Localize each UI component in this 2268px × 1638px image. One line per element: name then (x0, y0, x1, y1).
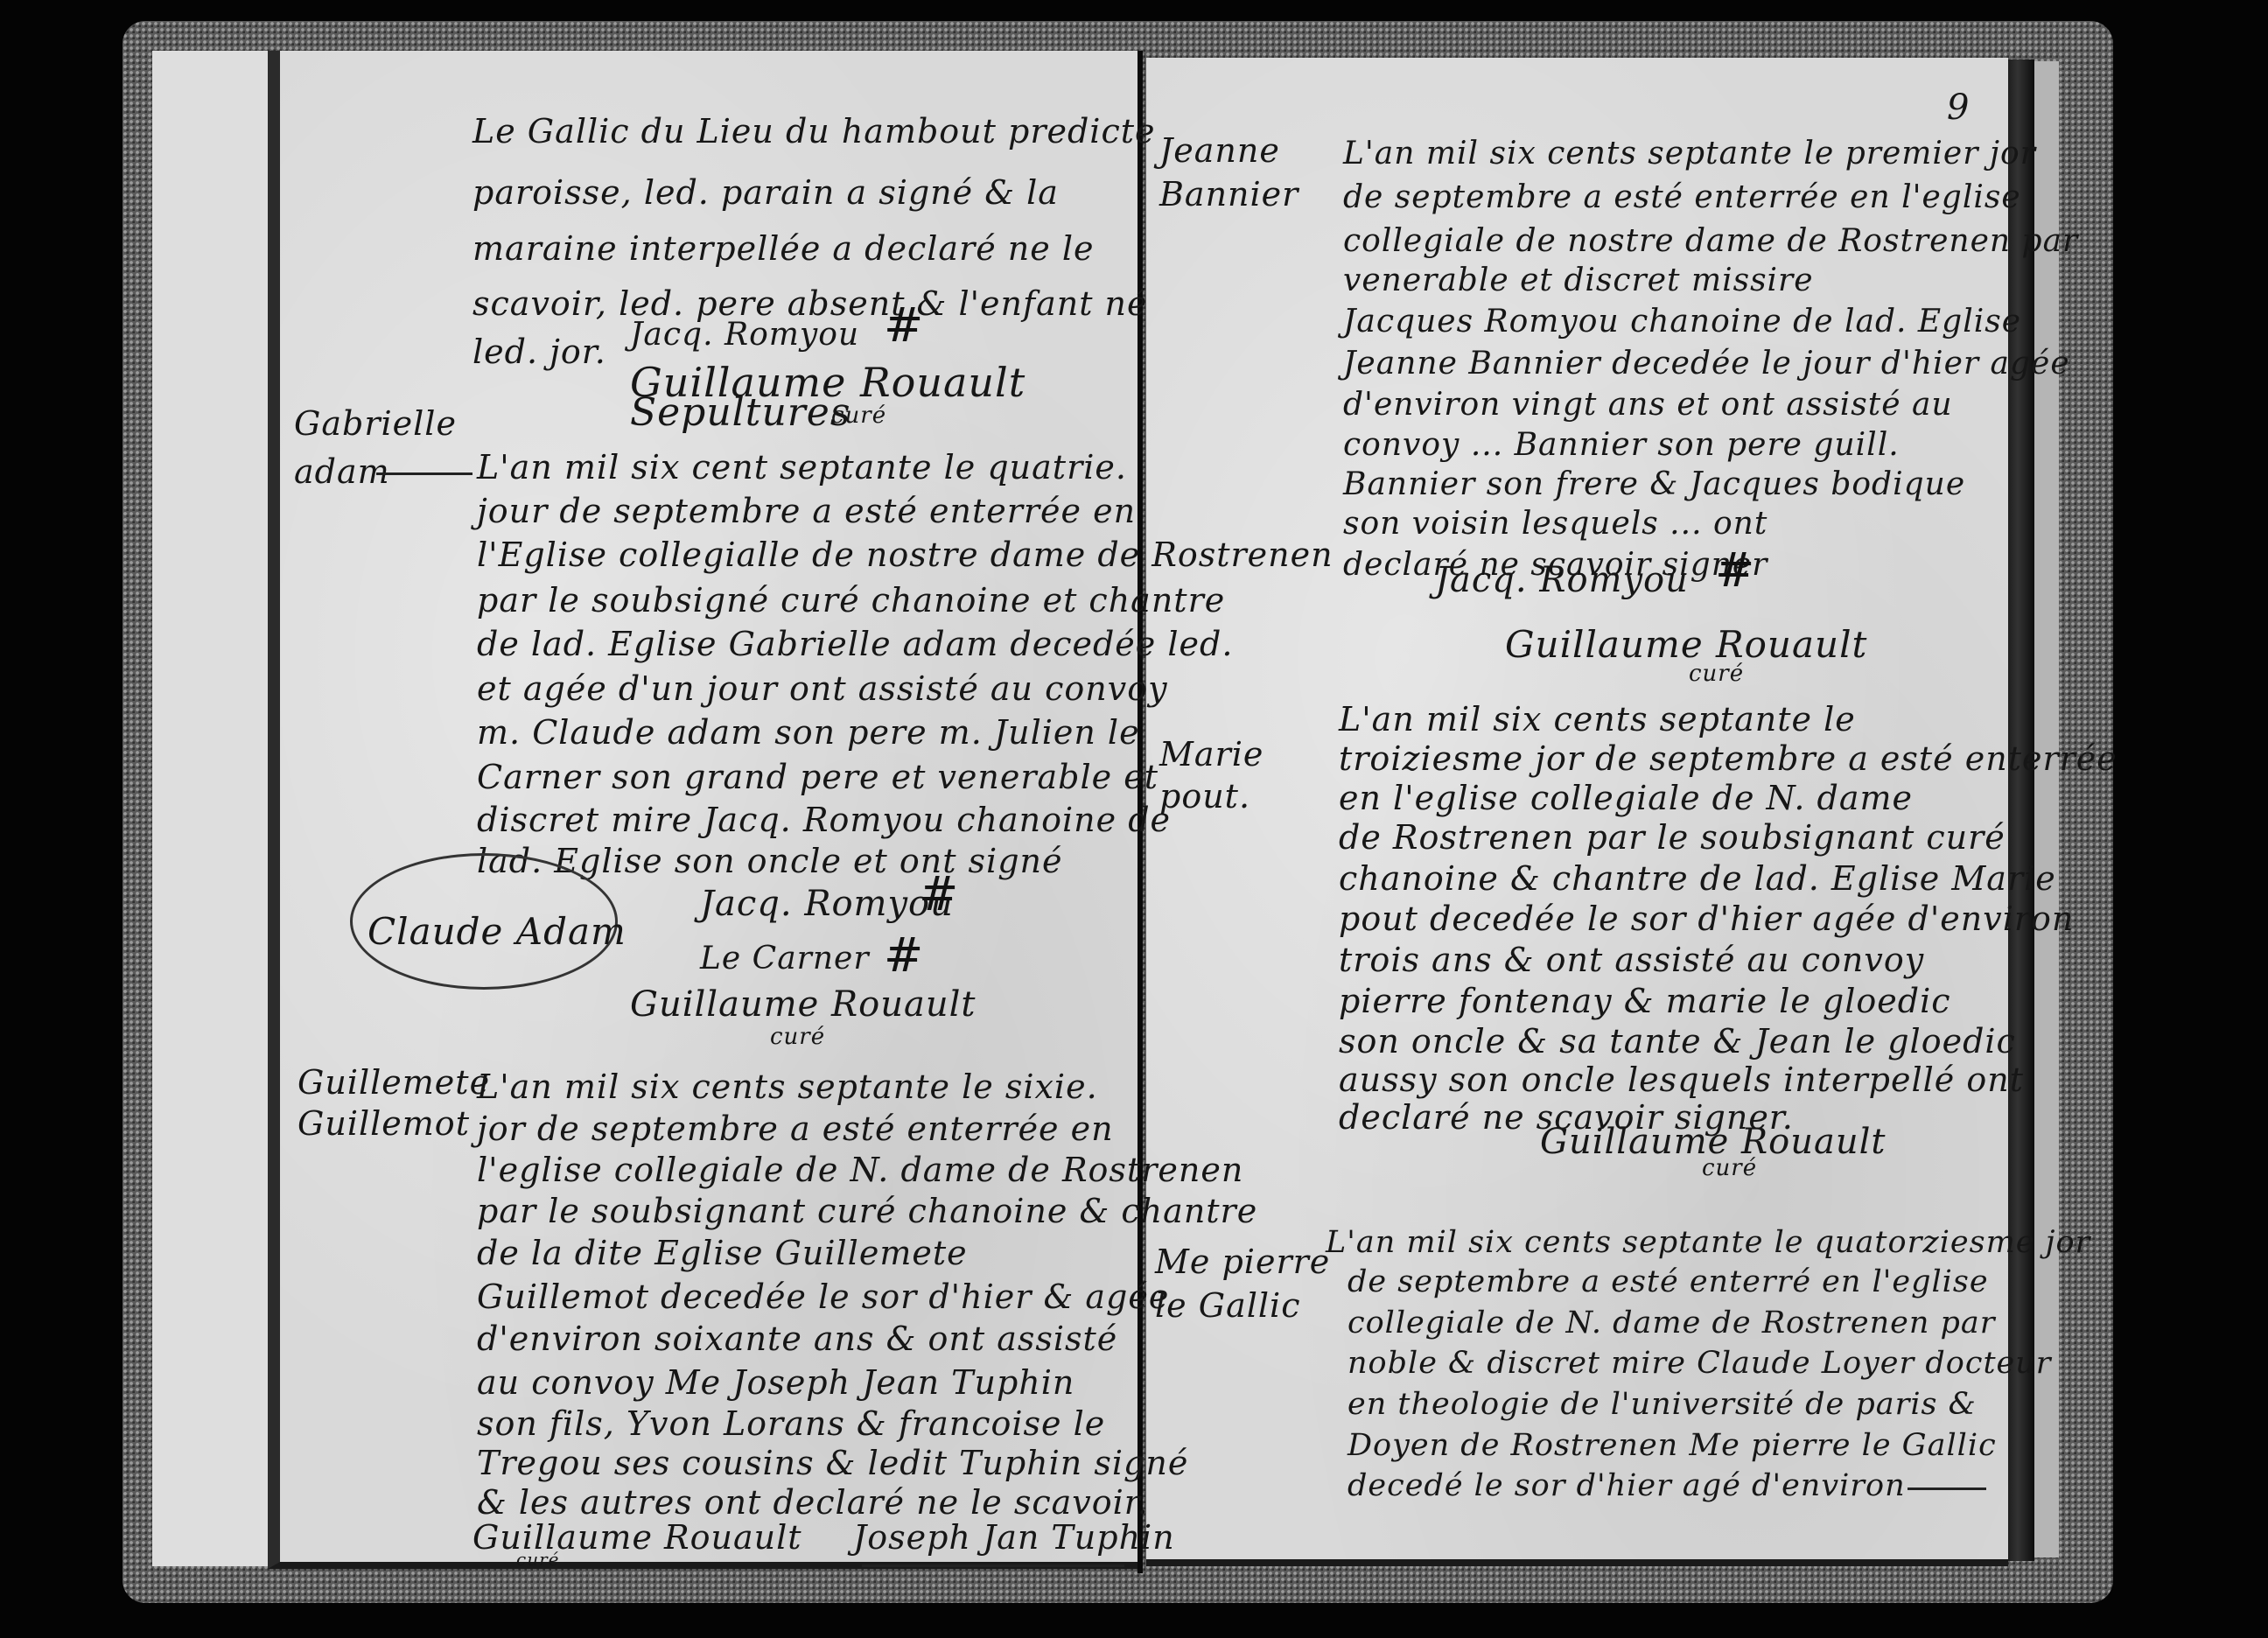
text-line: Jacques Romyou chanoine de lad. Eglise (1343, 304, 2021, 339)
margin-name: adam (294, 452, 390, 491)
margin-name: Bannier (1159, 175, 1298, 213)
signature-flourish-icon: # (919, 866, 958, 921)
text-line: collegiale de nostre dame de Rostrenen p… (1343, 223, 2078, 259)
signature-flourish-icon: # (884, 927, 923, 983)
text-line: L'an mil six cents septante le sixie. (477, 1067, 1098, 1106)
text-line: convoy ... Bannier son pere guill. (1343, 427, 1900, 463)
text-line: de Rostrenen par le soubsignant curé (1339, 818, 2005, 857)
text-line: Le Gallic du Lieu du hambout predicte (472, 112, 1156, 150)
text-line: de septembre a esté enterré en l'eglise (1347, 1264, 1989, 1299)
text-line: par le soubsignant curé chanoine & chant… (477, 1192, 1257, 1230)
text-line: chanoine & chantre de lad. Eglise Marie (1339, 859, 2056, 898)
line-filler-rule (1907, 1487, 1986, 1490)
signature-adam: Claude Adam (367, 910, 626, 953)
text-line: pout decedée le sor d'hier agée d'enviro… (1339, 899, 2074, 938)
text-line: paroisse, led. parain a signé & la (472, 173, 1059, 212)
text-line: par le soubsigné curé chanoine et chantr… (477, 581, 1225, 619)
section-heading: Sepultures (630, 390, 850, 435)
signature-rouault: Guillaume Rouault (630, 984, 976, 1025)
text-line: noble & discret mire Claude Loyer docteu… (1347, 1346, 2052, 1381)
text-line: d'environ vingt ans et ont assisté au (1343, 387, 1953, 423)
signature-underline (862, 1564, 1124, 1567)
margin-name: Me pierre (1155, 1242, 1330, 1281)
signature-flourish-icon: # (1715, 542, 1754, 598)
text-line: trois ans & ont assisté au convoy (1339, 941, 1924, 979)
text-line: Tregou ses cousins & ledit Tuphin signé (477, 1444, 1188, 1482)
text-line: d'environ soixante ans & ont assisté (477, 1319, 1117, 1358)
text-line: de lad. Eglise Gabrielle adam decedée le… (477, 625, 1233, 663)
text-line: Bannier son frere & Jacques bodique (1343, 466, 1965, 502)
text-line: Carner son grand pere et venerable et (477, 758, 1158, 796)
text-line: Doyen de Rostrenen Me pierre le Gallic (1347, 1428, 1997, 1463)
text-line: son oncle & sa tante & Jean le gloedic (1339, 1022, 2016, 1060)
text-line: l'Eglise collegialle de nostre dame de R… (477, 535, 1333, 574)
text-line: collegiale de N. dame de Rostrenen par (1347, 1305, 1996, 1340)
page-number: 9 (1947, 87, 1970, 128)
text-line: & les autres ont declaré ne le scavoir. (477, 1483, 1149, 1522)
signature-title: curé (516, 1549, 559, 1570)
signature-romyou: Jacq. Romyou (630, 317, 859, 353)
text-line: discret mire Jacq. Romyou chanoine de (477, 801, 1171, 839)
left-paper-strip (152, 51, 268, 1566)
text-line: l'eglise collegiale de N. dame de Rostre… (477, 1151, 1243, 1189)
text-line: led. jor. (472, 332, 606, 371)
text-line: troiziesme jor de septembre a esté enter… (1339, 739, 2117, 778)
margin-name: Guillemete (297, 1063, 490, 1102)
text-line: de septembre a esté enterrée en l'eglise (1343, 179, 2021, 215)
text-line: L'an mil six cents septante le (1339, 700, 1856, 738)
signature-title: curé (1689, 661, 1744, 687)
signature-rouault: Guillaume Rouault (1505, 623, 1867, 666)
signature-romyou: Jacq. Romyou (700, 884, 954, 924)
signature-tuphin: Joseph Jan Tuphin (853, 1518, 1175, 1557)
text-line: en theologie de l'université de paris & (1347, 1387, 1977, 1422)
signature-title: curé (770, 1024, 825, 1050)
text-line: decedé le sor d'hier agé d'environ (1347, 1468, 1906, 1503)
text-line: L'an mil six cent septante le quatrie. (477, 448, 1127, 486)
text-line: L'an mil six cents septante le quatorzie… (1326, 1225, 2090, 1260)
signature-carner: Le Carner (700, 941, 870, 976)
right-book-edge (2006, 59, 2034, 1561)
text-line: maraine interpellée a declaré ne le (472, 229, 1094, 268)
margin-name: le Gallic (1155, 1286, 1300, 1325)
text-line: venerable et discret missire (1343, 262, 1814, 298)
text-line: son voisin lesquels ... ont (1343, 506, 1767, 542)
text-line: pierre fontenay & marie le gloedic (1339, 982, 1951, 1020)
text-line: jor de septembre a esté enterrée en (477, 1109, 1114, 1148)
margin-name: Guillemot (297, 1104, 470, 1143)
margin-name: Gabrielle (294, 404, 457, 443)
text-line: m. Claude adam son pere m. Julien le (477, 713, 1140, 752)
text-line: Guillemot decedée le sor d'hier & agée (477, 1277, 1169, 1316)
margin-name: Jeanne (1159, 131, 1280, 170)
text-line: aussy son oncle lesquels interpellé ont (1339, 1060, 2024, 1099)
signature-romyou: Jacq. Romyou (1435, 560, 1689, 600)
text-line: L'an mil six cents septante le premier j… (1343, 136, 2036, 171)
text-line: au convoy Me Joseph Jean Tuphin (477, 1363, 1074, 1402)
signature-title: curé (1702, 1155, 1757, 1181)
text-line: jour de septembre a esté enterrée en (477, 492, 1136, 530)
margin-rule (376, 472, 472, 475)
text-line: son fils, Yvon Lorans & francoise le (477, 1404, 1105, 1443)
margin-name: pout. (1159, 777, 1250, 815)
text-line: Jeanne Bannier decedée le jour d'hier ag… (1343, 346, 2070, 381)
text-line: de la dite Eglise Guillemete (477, 1234, 968, 1272)
margin-name: Marie (1159, 735, 1263, 773)
signature-flourish-icon: # (884, 297, 923, 353)
text-line: en l'eglise collegiale de N. dame (1339, 779, 1913, 817)
text-line: et agée d'un jour ont assisté au convoy (477, 669, 1168, 708)
right-paper-strip (2034, 61, 2059, 1557)
